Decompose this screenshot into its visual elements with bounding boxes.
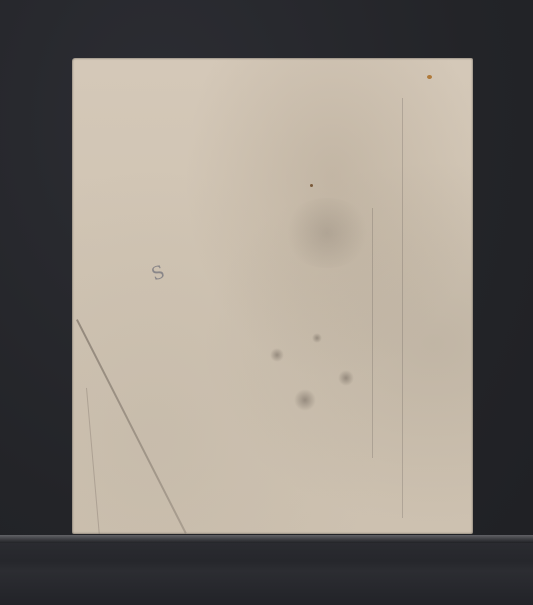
pencil-mark: S	[149, 262, 168, 286]
paper-fiber-line	[402, 98, 403, 518]
thin-spot	[270, 348, 284, 362]
diagonal-crease	[76, 319, 187, 534]
toning-dot	[427, 75, 432, 79]
mount-strip-edge	[0, 535, 533, 543]
mount-strip	[0, 543, 533, 605]
paper-fiber-line	[372, 208, 373, 458]
secondary-crease	[86, 388, 101, 534]
toning-dot	[310, 184, 313, 187]
thin-spot	[338, 370, 354, 386]
toning-patch	[282, 198, 372, 268]
stamp-back: S	[72, 58, 473, 534]
thin-spot	[312, 333, 322, 343]
thin-spot	[294, 389, 316, 411]
